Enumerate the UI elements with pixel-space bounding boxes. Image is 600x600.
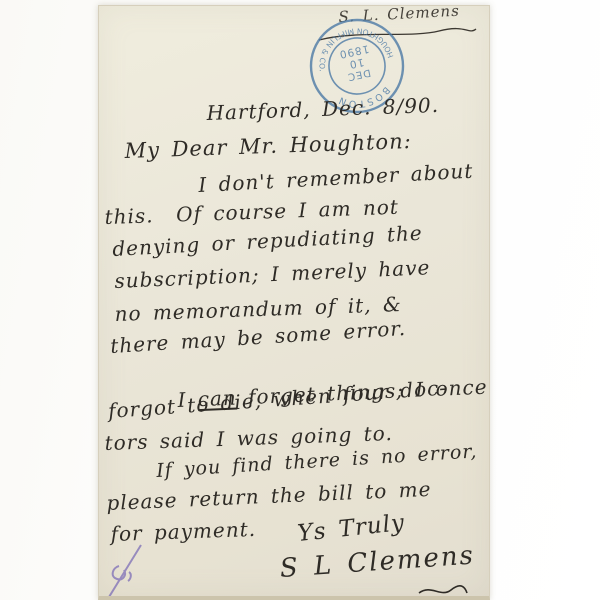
signature-flourish: [417, 584, 469, 600]
stamp-date-year: 1890: [338, 42, 371, 60]
purple-pencil-mark: [103, 542, 151, 600]
salutation: My Dear Mr. Houghton:: [124, 129, 412, 163]
letter-paper: S. L. Clemens BOSTON HOUGHTON MIFFLIN & …: [98, 5, 490, 600]
letter-photograph: S. L. Clemens BOSTON HOUGHTON MIFFLIN & …: [0, 0, 600, 600]
signature: S L Clemens: [279, 540, 476, 584]
body-line: subscription; I merely have: [114, 255, 431, 293]
closing: Ys Truly: [296, 510, 406, 547]
dateline: Hartford, Dec. 8/90.: [206, 93, 439, 125]
body-line: please return the bill to me: [106, 477, 432, 515]
body-line: I don't remember about: [198, 159, 474, 197]
